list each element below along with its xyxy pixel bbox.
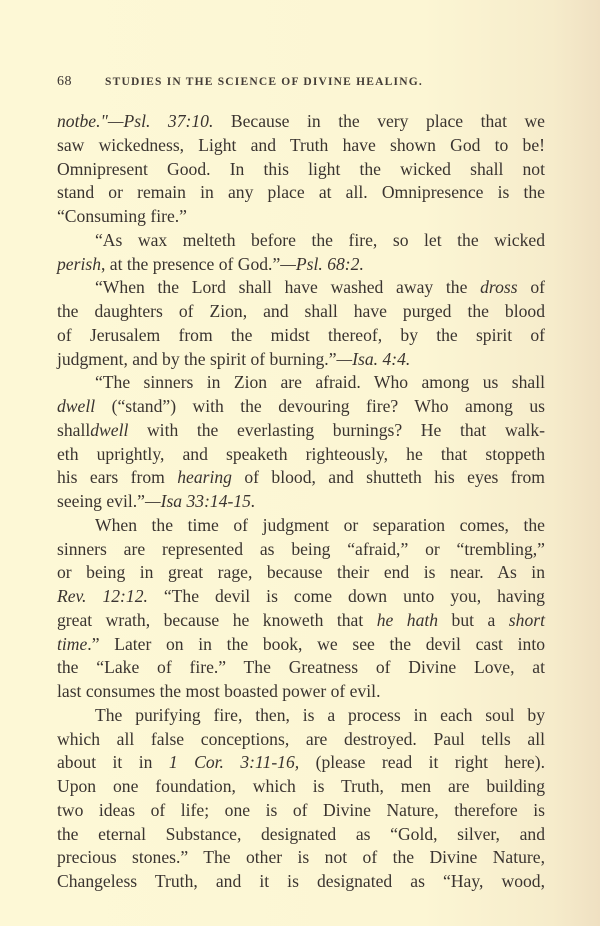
italic-text: dwell <box>57 396 95 416</box>
text-line: Rev. 12:12. “The devil is come down unto… <box>57 585 545 609</box>
text-line: of Jerusalem from the midst thereof, by … <box>57 324 545 348</box>
text-segment: precious stones.” The other is not of th… <box>57 847 545 867</box>
text-segment: “The sinners in Zion are afraid. Who amo… <box>95 372 545 392</box>
italic-text: notbe."—Psl. 37:10. <box>57 111 213 131</box>
italic-text: dross <box>480 277 517 297</box>
italic-text: short <box>509 610 545 630</box>
text-line: saw wickedness, Light and Truth have sho… <box>57 134 545 158</box>
text-segment: Changeless Truth, and it is designated a… <box>57 871 545 891</box>
italic-text: 1 Cor. 3:11-16, <box>169 752 299 772</box>
text-line: the eternal Substance, designated as “Go… <box>57 823 545 847</box>
text-line: the daughters of Zion, and shall have pu… <box>57 300 545 324</box>
italic-text: —Isa. 4:4. <box>337 349 411 369</box>
text-segment: about it in <box>57 752 169 772</box>
text-line: notbe."—Psl. 37:10. Because in the very … <box>57 110 545 134</box>
text-line: sinners are represented as being “afraid… <box>57 538 545 562</box>
text-segment: his ears from <box>57 467 177 487</box>
text-segment: “The devil is come down unto you, having <box>148 586 545 606</box>
text-line: “Consuming fire.” <box>57 205 545 229</box>
text-line: last consumes the most boasted power of … <box>57 680 545 704</box>
italic-text: he hath <box>377 610 438 630</box>
text-segment: judgment, and by the spirit of burning.” <box>57 349 337 369</box>
text-segment: sinners are represented as being “afraid… <box>57 539 545 559</box>
text-segment: .” Later on in the book, we see the devi… <box>87 634 545 654</box>
text-segment: eth uprightly, and speaketh righteously,… <box>57 444 545 464</box>
text-segment: seeing evil.” <box>57 491 145 511</box>
italic-text: —Isa 33:14-15. <box>145 491 255 511</box>
text-line: the “Lake of fire.” The Greatness of Div… <box>57 656 545 680</box>
text-line: judgment, and by the spirit of burning.”… <box>57 348 545 372</box>
text-line: seeing evil.”—Isa 33:14-15. <box>57 490 545 514</box>
text-line: eth uprightly, and speaketh righteously,… <box>57 443 545 467</box>
text-segment: with the everlasting burnings? He that w… <box>128 420 545 440</box>
text-line: about it in 1 Cor. 3:11-16, (please read… <box>57 751 545 775</box>
text-line: Changeless Truth, and it is designated a… <box>57 870 545 894</box>
text-segment: or being in great rage, because their en… <box>57 562 545 582</box>
text-segment: (please read it right here). <box>299 752 545 772</box>
running-header: 68 STUDIES IN THE SCIENCE OF DIVINE HEAL… <box>57 74 545 96</box>
text-line: his ears from hearing of blood, and shut… <box>57 466 545 490</box>
text-segment: great wrath, because he knoweth that <box>57 610 377 630</box>
page-number: 68 <box>57 74 105 90</box>
text-segment: “As wax melteth before the fire, so let … <box>95 230 545 250</box>
text-line: Upon one foundation, which is Truth, men… <box>57 775 545 799</box>
text-line: great wrath, because he knoweth that he … <box>57 609 545 633</box>
text-segment: last consumes the most boasted power of … <box>57 681 380 701</box>
text-segment: When the time of judgment or separation … <box>95 515 545 535</box>
text-segment: the eternal Substance, designated as “Go… <box>57 824 545 844</box>
text-segment: Because in the very place that we <box>213 111 545 131</box>
text-line: “As wax melteth before the fire, so let … <box>57 229 545 253</box>
text-segment: two ideas of life; one is of Divine Natu… <box>57 800 545 820</box>
book-page: 68 STUDIES IN THE SCIENCE OF DIVINE HEAL… <box>57 74 545 894</box>
text-segment: of Jerusalem from the midst thereof, by … <box>57 325 545 345</box>
running-title: STUDIES IN THE SCIENCE OF DIVINE HEALING… <box>105 76 423 88</box>
text-segment: which all false conceptions, are destroy… <box>57 729 545 749</box>
text-line: When the time of judgment or separation … <box>57 514 545 538</box>
body-text: notbe."—Psl. 37:10. Because in the very … <box>57 110 545 894</box>
text-segment: shall <box>57 420 90 440</box>
text-line: Omnipresent Good. In this light the wick… <box>57 158 545 182</box>
text-line: dwell (“stand”) with the devouring fire?… <box>57 395 545 419</box>
text-line: which all false conceptions, are destroy… <box>57 728 545 752</box>
text-line: The purifying fire, then, is a process i… <box>57 704 545 728</box>
text-segment: of <box>518 277 545 297</box>
text-segment: stand or remain in any place at all. Omn… <box>57 182 545 202</box>
text-line: two ideas of life; one is of Divine Natu… <box>57 799 545 823</box>
text-segment: the “Lake of fire.” The Greatness of Div… <box>57 657 545 677</box>
text-segment: the daughters of Zion, and shall have pu… <box>57 301 545 321</box>
text-line: perish, at the presence of God.”—Psl. 68… <box>57 253 545 277</box>
text-segment: , at the presence of God.” <box>101 254 280 274</box>
text-line: or being in great rage, because their en… <box>57 561 545 585</box>
text-line: stand or remain in any place at all. Omn… <box>57 181 545 205</box>
italic-text: Rev. 12:12. <box>57 586 148 606</box>
text-line: time.” Later on in the book, we see the … <box>57 633 545 657</box>
text-segment: saw wickedness, Light and Truth have sho… <box>57 135 545 155</box>
italic-text: —Psl. 68:2. <box>280 254 364 274</box>
text-segment: Upon one foundation, which is Truth, men… <box>57 776 545 796</box>
italic-text: time <box>57 634 87 654</box>
text-segment: “When the Lord shall have washed away th… <box>95 277 480 297</box>
text-segment: The purifying fire, then, is a process i… <box>95 705 545 725</box>
text-segment: of blood, and shutteth his eyes from <box>232 467 545 487</box>
text-line: “The sinners in Zion are afraid. Who amo… <box>57 371 545 395</box>
italic-text: dwell <box>90 420 128 440</box>
text-line: “When the Lord shall have washed away th… <box>57 276 545 300</box>
italic-text: perish <box>57 254 101 274</box>
text-segment: but a <box>438 610 509 630</box>
text-line: shalldwell with the everlasting burnings… <box>57 419 545 443</box>
italic-text: hearing <box>177 467 232 487</box>
text-segment: “Consuming fire.” <box>57 206 187 226</box>
text-line: precious stones.” The other is not of th… <box>57 846 545 870</box>
text-segment: Omnipresent Good. In this light the wick… <box>57 159 545 179</box>
text-segment: (“stand”) with the devouring fire? Who a… <box>95 396 545 416</box>
